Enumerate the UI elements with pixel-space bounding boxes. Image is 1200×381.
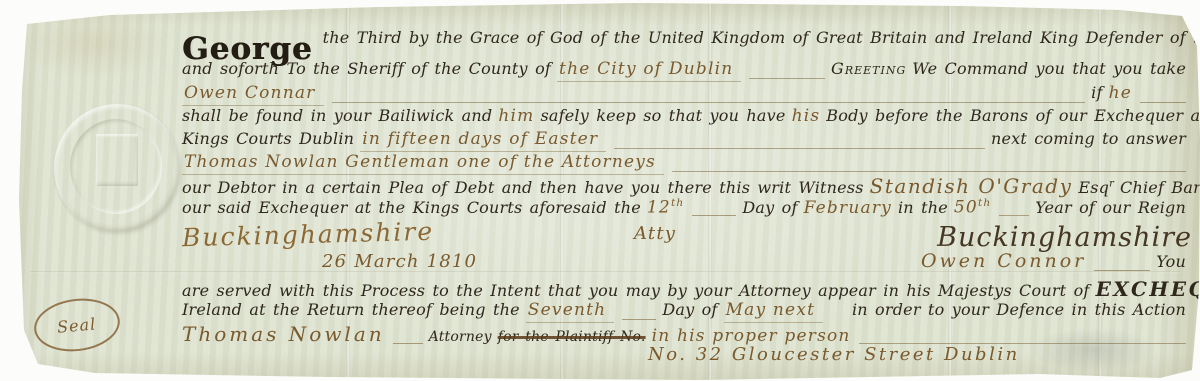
blank-rule — [614, 135, 985, 150]
writ-line-2: and soforth To the Sheriff of the County… — [182, 59, 1192, 82]
writ-line-5: Kings Courts Dublin in fifteen days of E… — [182, 129, 1192, 152]
royal-style-text: the Third by the Grace of God of the Uni… — [323, 28, 1200, 48]
scanned-writ-document: George the Third by the Grace of God of … — [0, 0, 1200, 381]
writ-line-12: Ireland at the Return thereof being the … — [182, 300, 1192, 323]
day-number: 12 — [647, 198, 671, 218]
handwritten-return-day: Seventh — [526, 300, 615, 323]
handwritten-day-number: 12th — [647, 197, 684, 219]
body-before-barons-text: Body before the Barons of our Exchequer … — [826, 106, 1200, 126]
plea-of-debt-text: our Debtor in a certain Plea of Debt and… — [182, 178, 864, 198]
handwritten-addressee-name: Owen Connor — [921, 250, 1086, 274]
blank-rule — [393, 330, 423, 345]
blank-rule — [672, 158, 1186, 173]
if-word: if — [1091, 83, 1102, 103]
aforesaid-text: our said Exchequer at the Kings Courts a… — [182, 198, 641, 218]
return-thereof-text: Ireland at the Return thereof being the — [182, 300, 520, 320]
greeting-word: Greeting — [831, 59, 906, 79]
chief-baron-title: Chief Baron of — [1120, 178, 1200, 198]
handwritten-service-date: 26 March 1810 — [322, 251, 477, 274]
handwritten-county-docket: Buckinghamshire — [182, 216, 435, 254]
handwritten-him: him — [498, 106, 534, 127]
writ-line-7: our Debtor in a certain Plea of Debt and… — [182, 174, 1192, 199]
handwritten-regnal-year: 50th — [954, 197, 991, 219]
handwritten-atty-abbrev: Atty — [634, 223, 676, 246]
embossed-seal-stamp — [54, 104, 180, 232]
exchequer-court-name: EXCHEQUER — [1096, 277, 1200, 302]
esquire-text: Esq — [1078, 178, 1109, 197]
blank-rule — [332, 89, 1086, 104]
esquire-superscript: r — [1109, 179, 1114, 190]
handwritten-he: he — [1109, 83, 1132, 104]
handwritten-plaintiff-name: Thomas Nowlan Gentleman one of the Attor… — [182, 152, 664, 175]
handwritten-defendant-name: Owen Connar — [182, 83, 324, 106]
writ-line-3: Owen Connar if he — [182, 83, 1192, 106]
blank-rule — [999, 201, 1029, 216]
spacer — [829, 314, 852, 315]
handwritten-his: his — [792, 106, 821, 127]
in-the-label: in the — [898, 198, 948, 218]
blank-rule — [692, 201, 736, 216]
paper-sheet: George the Third by the Grace of God of … — [0, 0, 1200, 381]
kings-courts-text: Kings Courts Dublin — [182, 129, 354, 149]
you-word: You — [1156, 252, 1186, 272]
handwritten-address: No. 32 Gloucester Street Dublin — [648, 344, 1020, 367]
defence-text: in order to your Defence in this Action — [852, 300, 1186, 320]
next-coming-text: next coming to answer — [991, 129, 1186, 149]
handwritten-return-term: in fifteen days of Easter — [360, 129, 606, 152]
regnal-year-superscript: th — [978, 197, 991, 209]
served-process-text: are served with this Process to the Inte… — [182, 281, 1090, 301]
embossed-seal-core — [96, 134, 138, 186]
seal-oval: Seal — [31, 294, 123, 356]
day-of-label-2: Day of — [662, 300, 717, 320]
year-of-reign-label: Year of our Reign — [1035, 198, 1186, 218]
bailiwick-text: shall be found in your Bailiwick and — [182, 106, 492, 126]
handwritten-return-month: May next — [724, 300, 824, 323]
command-text: We Command you that you take — [912, 59, 1186, 79]
blank-rule — [1094, 256, 1150, 271]
blank-rule — [859, 330, 1186, 345]
day-ordinal-superscript: th — [671, 197, 684, 209]
handwritten-county-of: the City of Dublin — [557, 59, 741, 82]
writ-line-4: shall be found in your Bailiwick and him… — [182, 106, 1192, 127]
regnal-year-number: 50 — [954, 198, 978, 218]
seal-label: Seal — [57, 314, 98, 336]
writ-line-8: our said Exchequer at the Kings Courts a… — [182, 197, 1192, 219]
handwritten-month: February — [804, 198, 892, 219]
handwritten-chief-baron-name: Standish O'Grady — [870, 174, 1073, 199]
writ-line-10: 26 March 1810 Owen Connor You — [182, 250, 1192, 274]
safely-keep-text: safely keep so that you have — [540, 106, 785, 126]
writ-line-14: No. 32 Gloucester Street Dublin — [182, 344, 1192, 367]
paper-stain — [18, 8, 168, 78]
esquire-abbrev: Esqr — [1078, 178, 1114, 198]
spacer — [483, 266, 921, 267]
sheriff-address-text: and soforth To the Sheriff of the County… — [182, 59, 551, 79]
blank-rule — [1140, 89, 1186, 104]
blank-rule — [749, 65, 825, 80]
day-of-label: Day of — [742, 198, 797, 218]
writ-line-6: Thomas Nowlan Gentleman one of the Attor… — [182, 152, 1192, 175]
writ-line-11: are served with this Process to the Inte… — [182, 277, 1192, 302]
blank-rule — [622, 306, 656, 321]
